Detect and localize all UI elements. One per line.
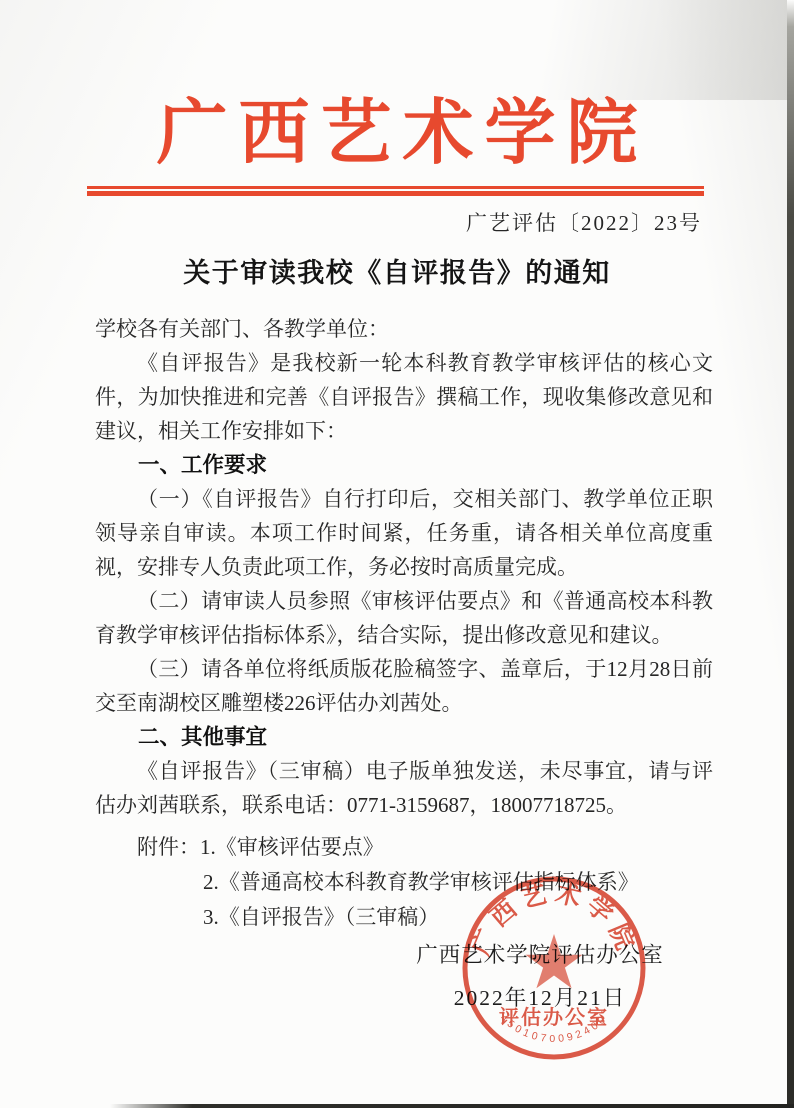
- scan-shadow: [417, 0, 787, 100]
- scan-edge-right: [787, 22, 794, 1108]
- attachment-item-1: 1.《审核评估要点》: [200, 835, 384, 859]
- section1-item3: （三）请各单位将纸质版花脸稿签字、盖章后，于12月28日前交至南湖校区雕塑楼22…: [95, 652, 713, 720]
- attachments-label: 附件：: [137, 835, 200, 859]
- letterhead-title: 广西艺术学院: [0, 94, 794, 176]
- signature-organization: 广西艺术学院评估办公室: [400, 938, 680, 969]
- intro-paragraph: 《自评报告》是我校新一轮本科教育教学审核评估的核心文件，为加快推进和完善《自评报…: [95, 346, 713, 448]
- signature-date: 2022年12月21日: [400, 981, 680, 1012]
- section2-heading: 二、其他事宜: [95, 720, 713, 754]
- section1-item1: （一）《自评报告》自行打印后，交相关部门、教学单位正职领导亲自审读。本项工作时间…: [95, 482, 713, 584]
- signature-block: 广西艺术学院评估办公室 2022年12月21日: [400, 938, 680, 1012]
- salutation: 学校各有关部门、各教学单位：: [95, 312, 713, 346]
- seal-code-container: 4501070092400: [498, 1012, 611, 1045]
- notice-body: 学校各有关部门、各教学单位： 《自评报告》是我校新一轮本科教育教学审核评估的核心…: [95, 312, 713, 822]
- seal-code: 4501070092400: [498, 1012, 611, 1045]
- scanned-official-notice: 广西艺术学院 广艺评估〔2022〕23号 关于审读我校《自评报告》的通知 学校各…: [0, 0, 794, 1108]
- scan-edge-right-fade: [787, 0, 794, 26]
- document-number: 广艺评估〔2022〕23号: [466, 207, 702, 237]
- attachment-item-3: 3.《自评报告》（三审稿）: [95, 900, 713, 935]
- section2-paragraph: 《自评报告》（三审稿）电子版单独发送，未尽事宜，请与评估办刘茜联系，联系电话：0…: [95, 754, 713, 822]
- attachment-item-2: 2.《普通高校本科教育教学审核评估指标体系》: [95, 865, 713, 900]
- notice-title: 关于审读我校《自评报告》的通知: [0, 251, 794, 290]
- scan-edge-bottom: [110, 1104, 794, 1108]
- letterhead-rule: [87, 186, 704, 196]
- attachments-list: 附件：1.《审核评估要点》 2.《普通高校本科教育教学审核评估指标体系》 3.《…: [95, 830, 713, 935]
- section1-item2: （二）请审读人员参照《审核评估要点》和《普通高校本科教育教学审核评估指标体系》，…: [95, 584, 713, 652]
- attachment-line-1: 附件：1.《审核评估要点》: [95, 830, 713, 865]
- section1-heading: 一、工作要求: [95, 448, 713, 482]
